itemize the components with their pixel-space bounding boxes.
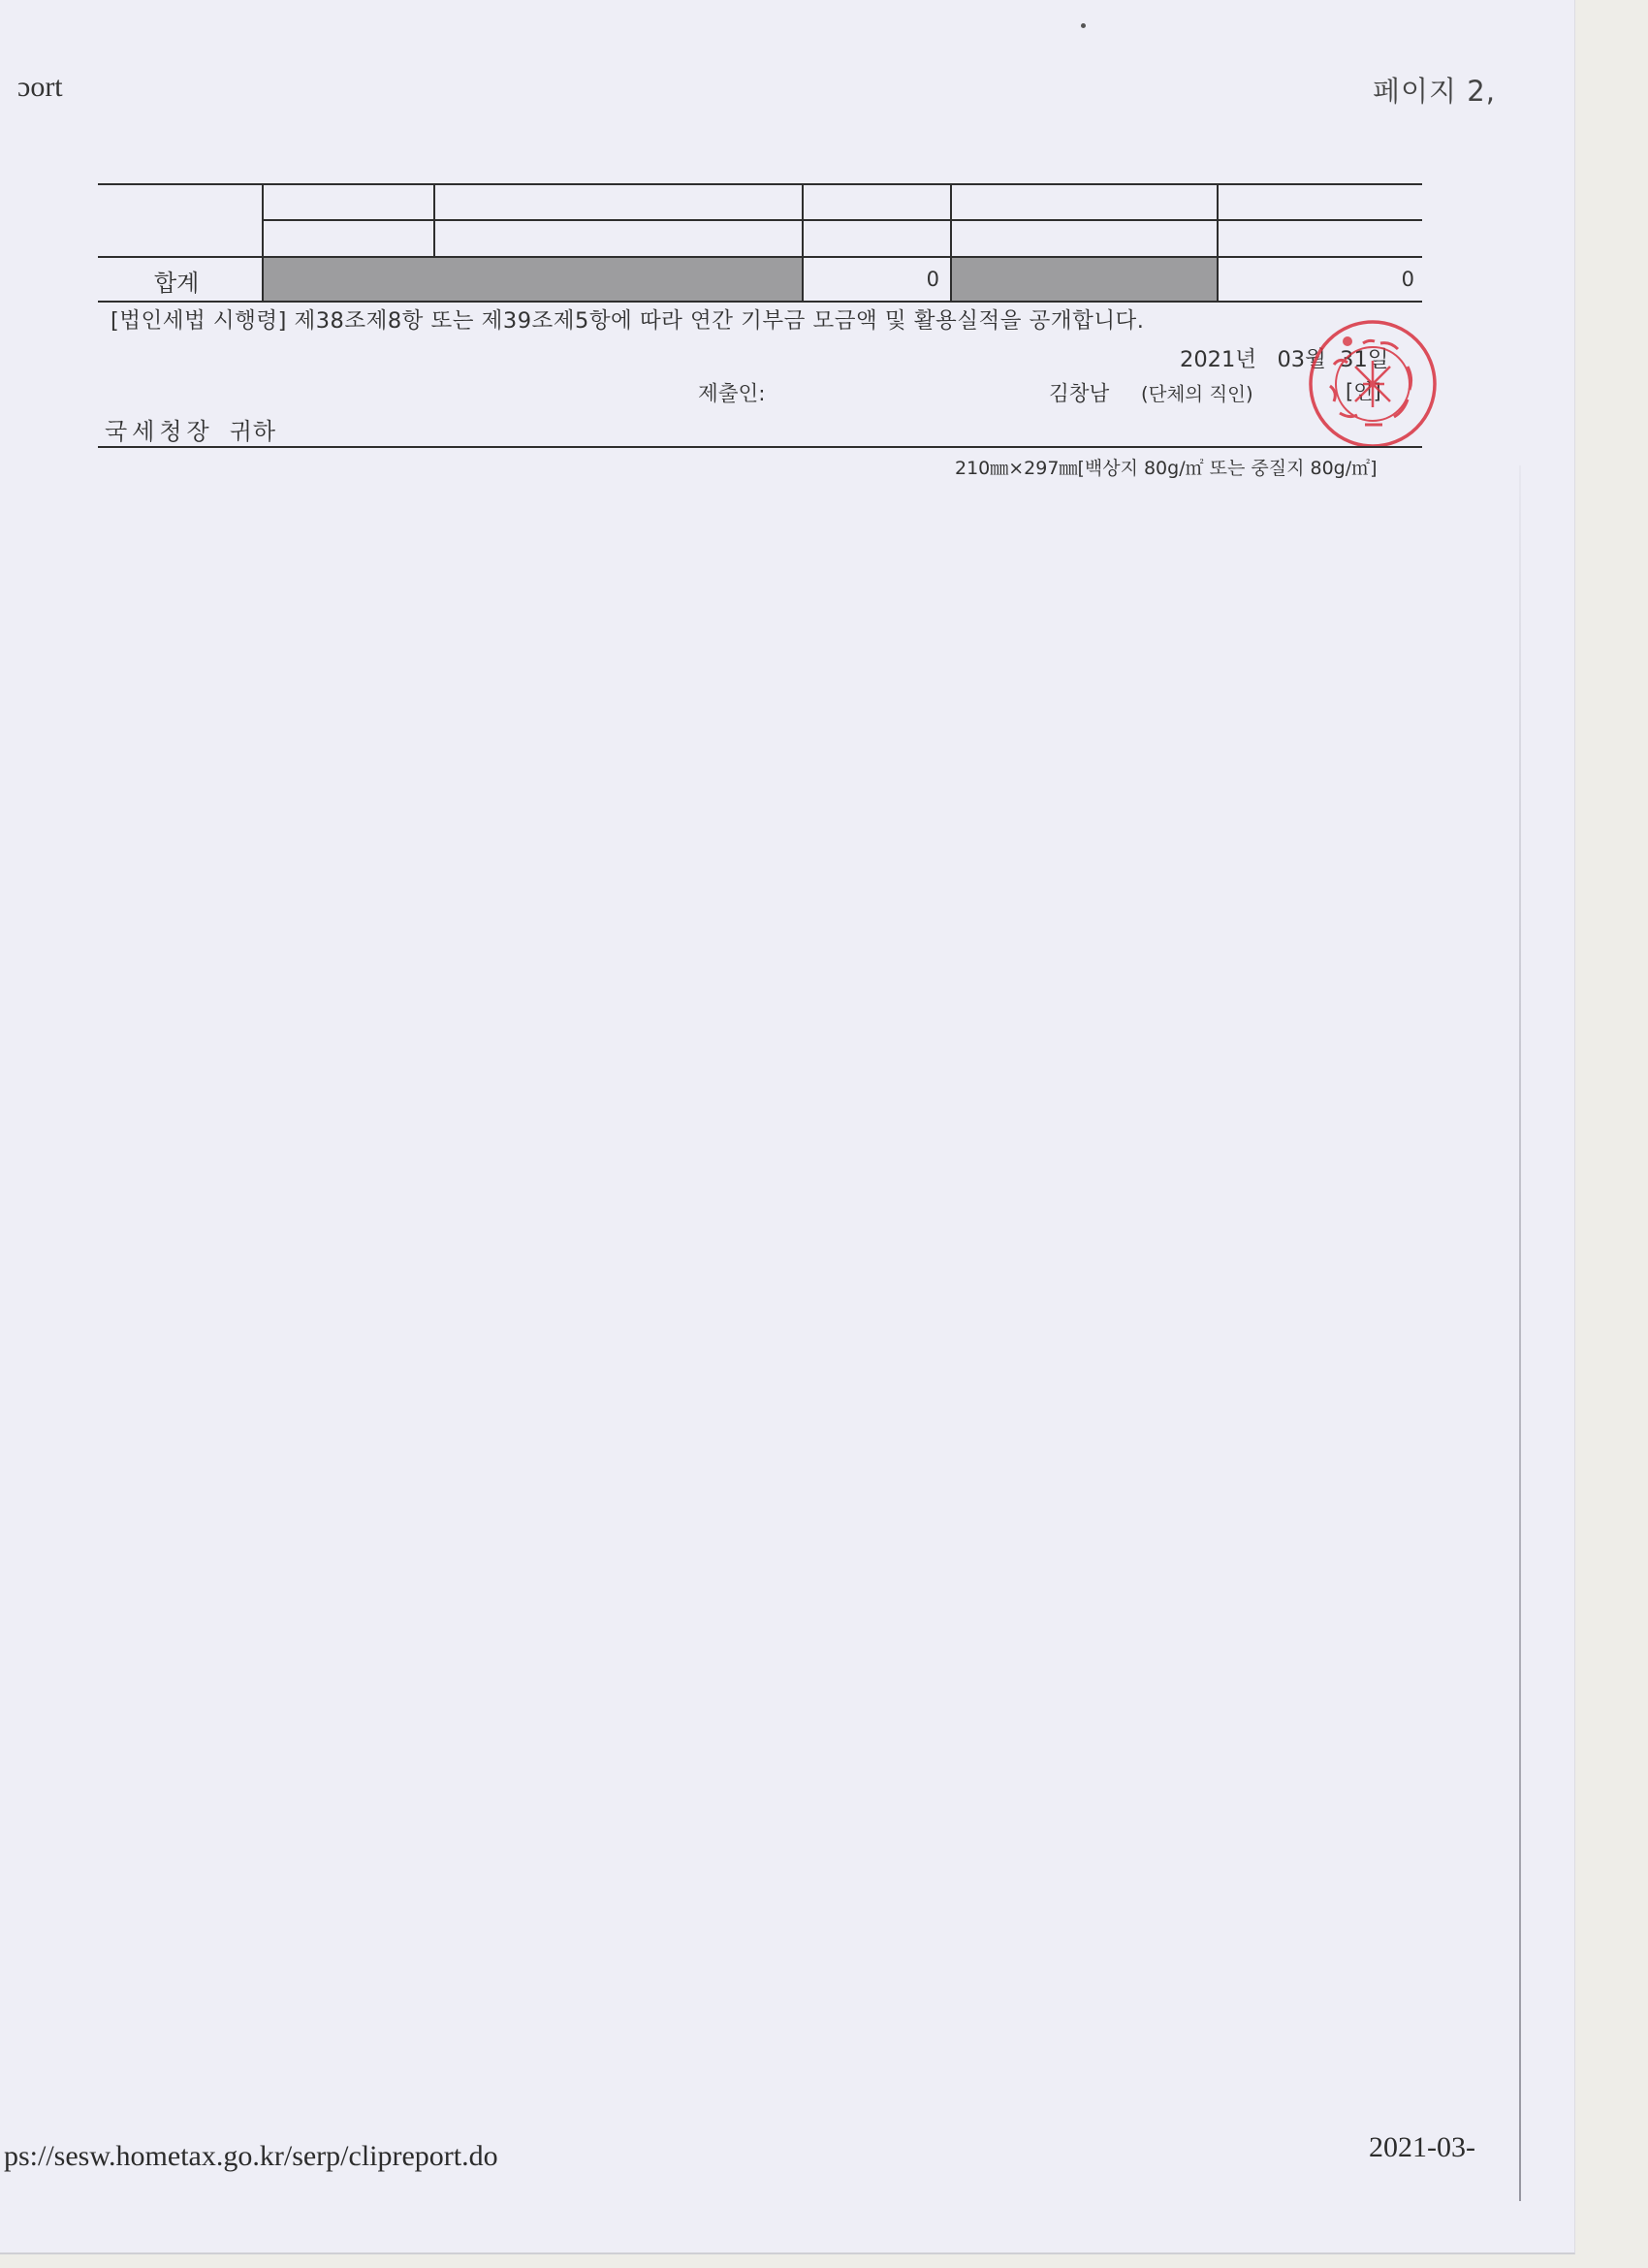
recipient-suffix: 귀하 bbox=[230, 418, 276, 445]
total-row-label: 합계 bbox=[154, 264, 199, 298]
total-value-2: 0 bbox=[1220, 268, 1414, 291]
donation-table: 합계 0 0 bbox=[98, 183, 1422, 303]
submitter-label: 제출인: bbox=[698, 377, 766, 407]
table-col-divider bbox=[433, 183, 435, 258]
table-row-divider bbox=[262, 219, 1422, 221]
date-year: 2021년 bbox=[1180, 347, 1256, 372]
total-shaded-cell-1 bbox=[262, 258, 802, 302]
total-shaded-cell-2 bbox=[950, 258, 1217, 302]
submitter-role: (단체의 직인) bbox=[1141, 379, 1253, 406]
red-seal-icon bbox=[1305, 316, 1441, 452]
page-number: 페이지 2, bbox=[1373, 70, 1496, 110]
scan-edge-line bbox=[1519, 465, 1521, 2201]
table-col-divider bbox=[1217, 183, 1219, 303]
table-bottom-border bbox=[98, 301, 1422, 303]
footer-url: ps://sesw.hometax.go.kr/serp/clipreport.… bbox=[4, 2140, 498, 2173]
table-col-divider bbox=[950, 183, 952, 303]
total-value-1: 0 bbox=[806, 268, 939, 291]
paper-spec: 210㎜×297㎜[백상지 80g/㎡ 또는 중질지 80g/㎡] bbox=[955, 454, 1378, 480]
legal-notice: [법인세법 시행령] 제38조제8항 또는 제39조제5항에 따라 연간 기부금… bbox=[111, 303, 1144, 335]
recipient: 국세청장귀하 bbox=[105, 412, 276, 446]
document-page: ɔort 페이지 2, 합계 0 0 [법인세법 시행령] 제38조제8항 또는… bbox=[0, 0, 1575, 2254]
table-col-divider bbox=[802, 183, 804, 303]
footer-date: 2021-03- bbox=[1369, 2131, 1475, 2164]
form-bottom-rule bbox=[98, 446, 1422, 448]
recipient-name: 국세청장 bbox=[105, 418, 214, 445]
table-col-divider bbox=[262, 183, 264, 303]
scan-speck bbox=[1081, 23, 1086, 28]
table-row-divider bbox=[98, 256, 1422, 258]
table-top-border bbox=[98, 183, 1422, 185]
header-title-fragment: ɔort bbox=[17, 71, 63, 104]
submitter-name: 김창남 bbox=[1049, 377, 1109, 407]
